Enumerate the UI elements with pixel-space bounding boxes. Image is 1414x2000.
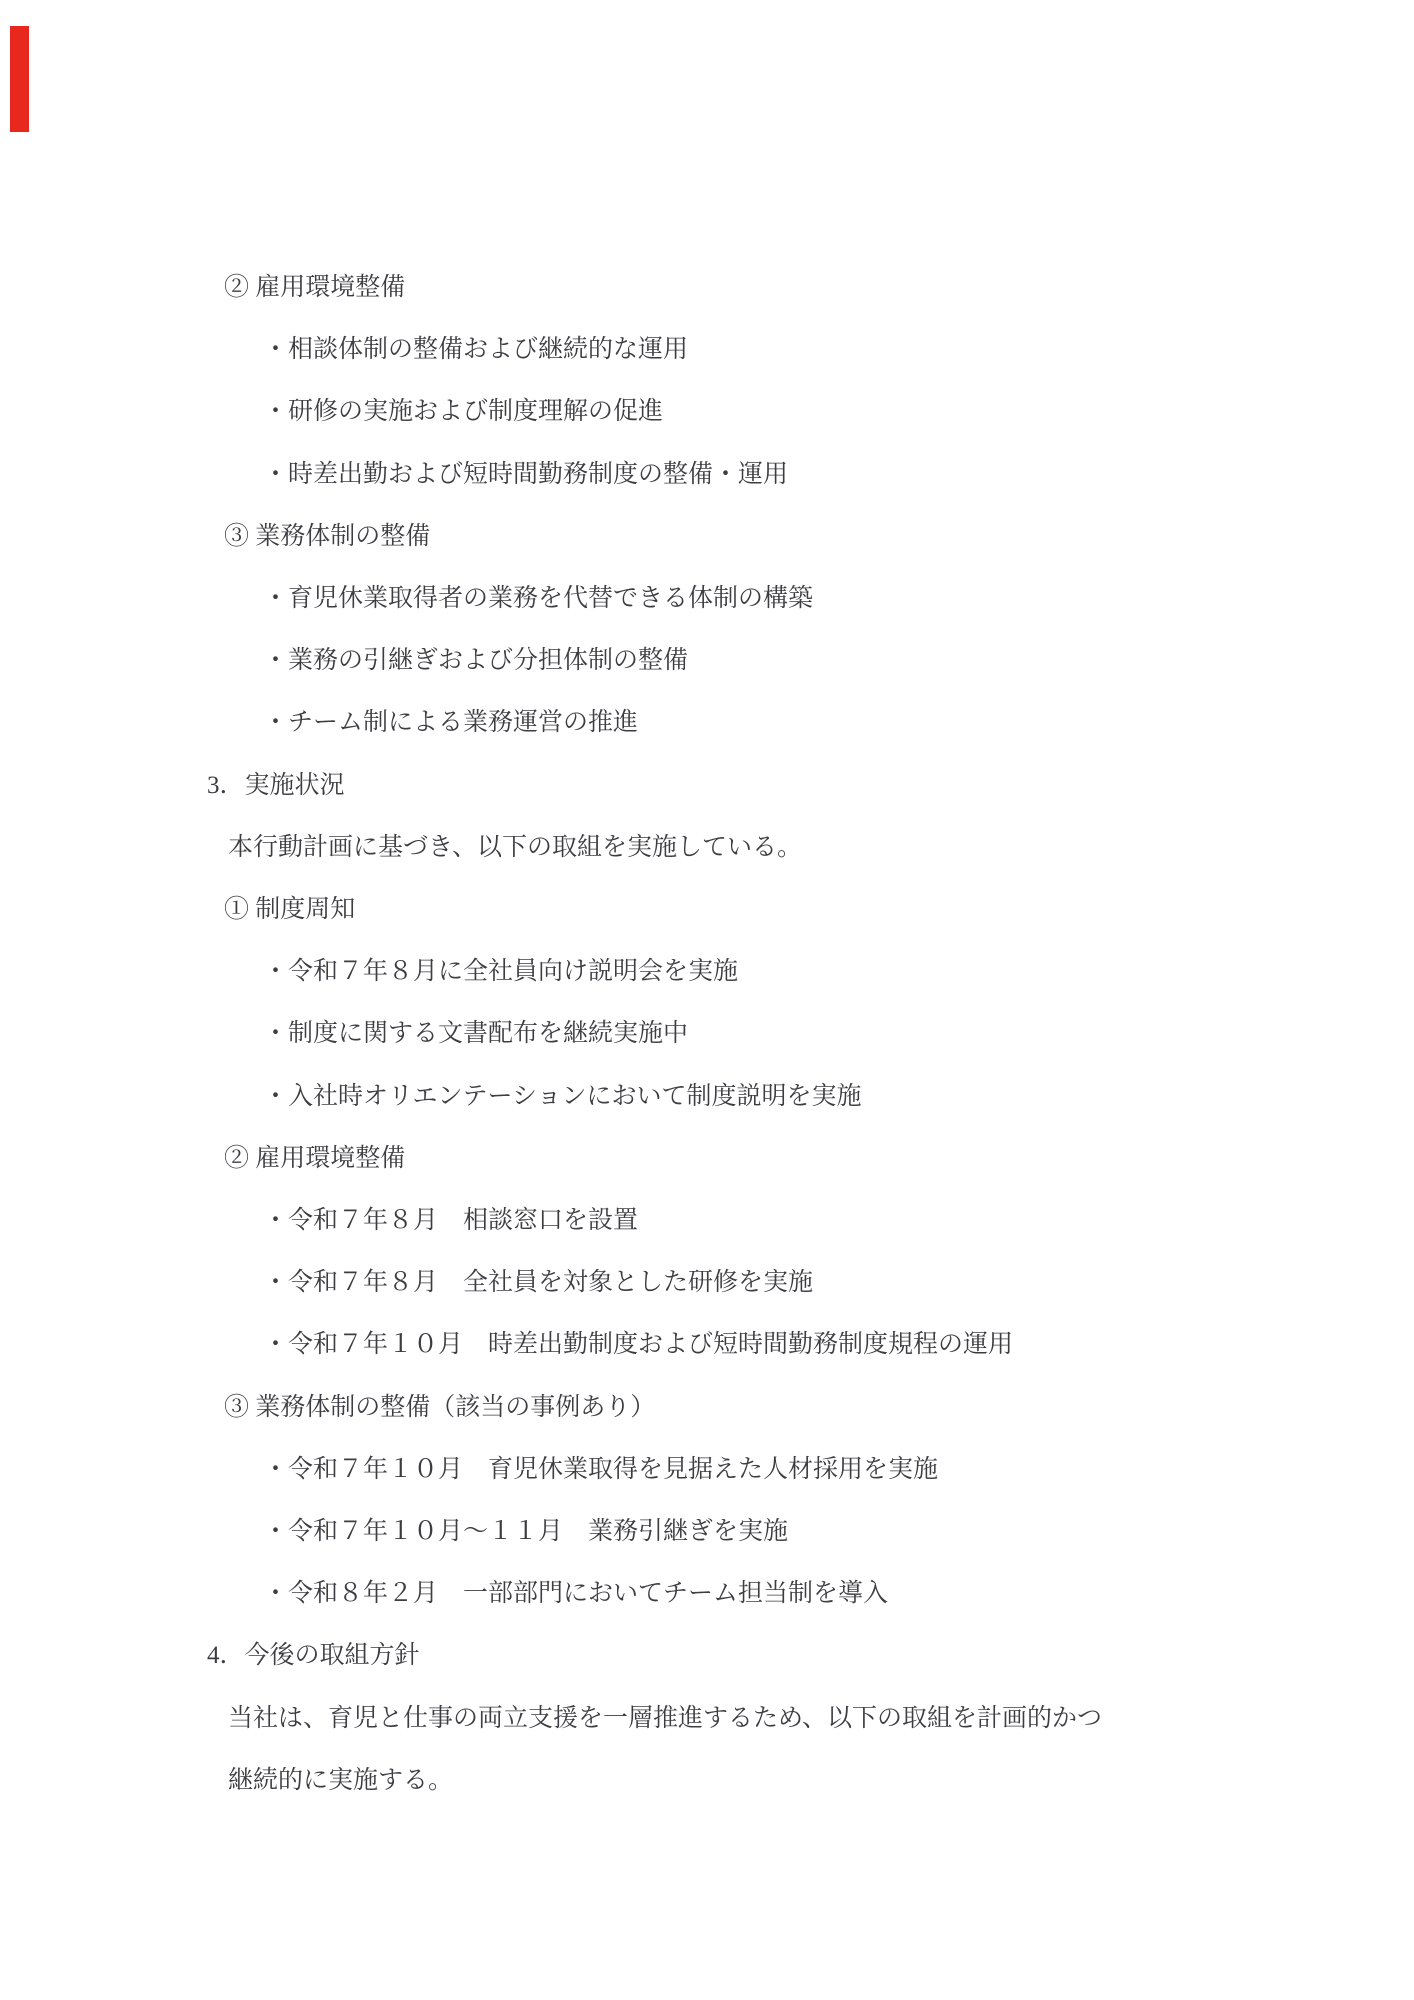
document-body: ② 雇用環境整備・相談体制の整備および継続的な運用・研修の実施および制度理解の促… [0, 0, 1414, 2000]
text-line: ・令和８年２月 一部部門においてチーム担当制を導入 [263, 1577, 888, 1611]
document-page: ② 雇用環境整備・相談体制の整備および継続的な運用・研修の実施および制度理解の促… [0, 0, 1414, 2000]
text-line: ③ 業務体制の整備 [224, 520, 430, 554]
text-line: ・業務の引継ぎおよび分担体制の整備 [263, 644, 688, 678]
text-line: ・令和７年１０月 時差出勤制度および短時間勤務制度規程の運用 [263, 1328, 1013, 1362]
text-line: ・研修の実施および制度理解の促進 [263, 395, 663, 429]
text-line: 3．実施状況 [207, 769, 345, 803]
text-line: ① 制度周知 [224, 893, 355, 927]
text-line: ・チーム制による業務運営の推進 [263, 706, 638, 740]
text-line: 継続的に実施する。 [228, 1764, 453, 1798]
text-line: ・制度に関する文書配布を継続実施中 [263, 1017, 688, 1051]
text-line: ・相談体制の整備および継続的な運用 [263, 333, 688, 367]
text-line: 当社は、育児と仕事の両立支援を一層推進するため、以下の取組を計画的かつ [228, 1702, 1102, 1736]
text-line: 4．今後の取組方針 [207, 1639, 420, 1673]
text-line: ・令和７年１０月 育児休業取得を見据えた人材採用を実施 [263, 1453, 938, 1487]
text-line: ③ 業務体制の整備（該当の事例あり） [224, 1391, 655, 1425]
text-line: ・令和７年８月 全社員を対象とした研修を実施 [263, 1266, 813, 1300]
text-line: ② 雇用環境整備 [224, 271, 405, 305]
text-line: 本行動計画に基づき、以下の取組を実施している。 [228, 831, 802, 865]
text-line: ・令和７年８月 相談窓口を設置 [263, 1204, 638, 1238]
text-line: ・入社時オリエンテーションにおいて制度説明を実施 [263, 1080, 862, 1114]
text-line: ・令和７年１０月～１１月 業務引継ぎを実施 [263, 1515, 788, 1549]
text-line: ・令和７年８月に全社員向け説明会を実施 [263, 955, 738, 989]
text-line: ② 雇用環境整備 [224, 1142, 405, 1176]
text-line: ・時差出勤および短時間勤務制度の整備・運用 [263, 458, 788, 492]
text-line: ・育児休業取得者の業務を代替できる体制の構築 [263, 582, 813, 616]
